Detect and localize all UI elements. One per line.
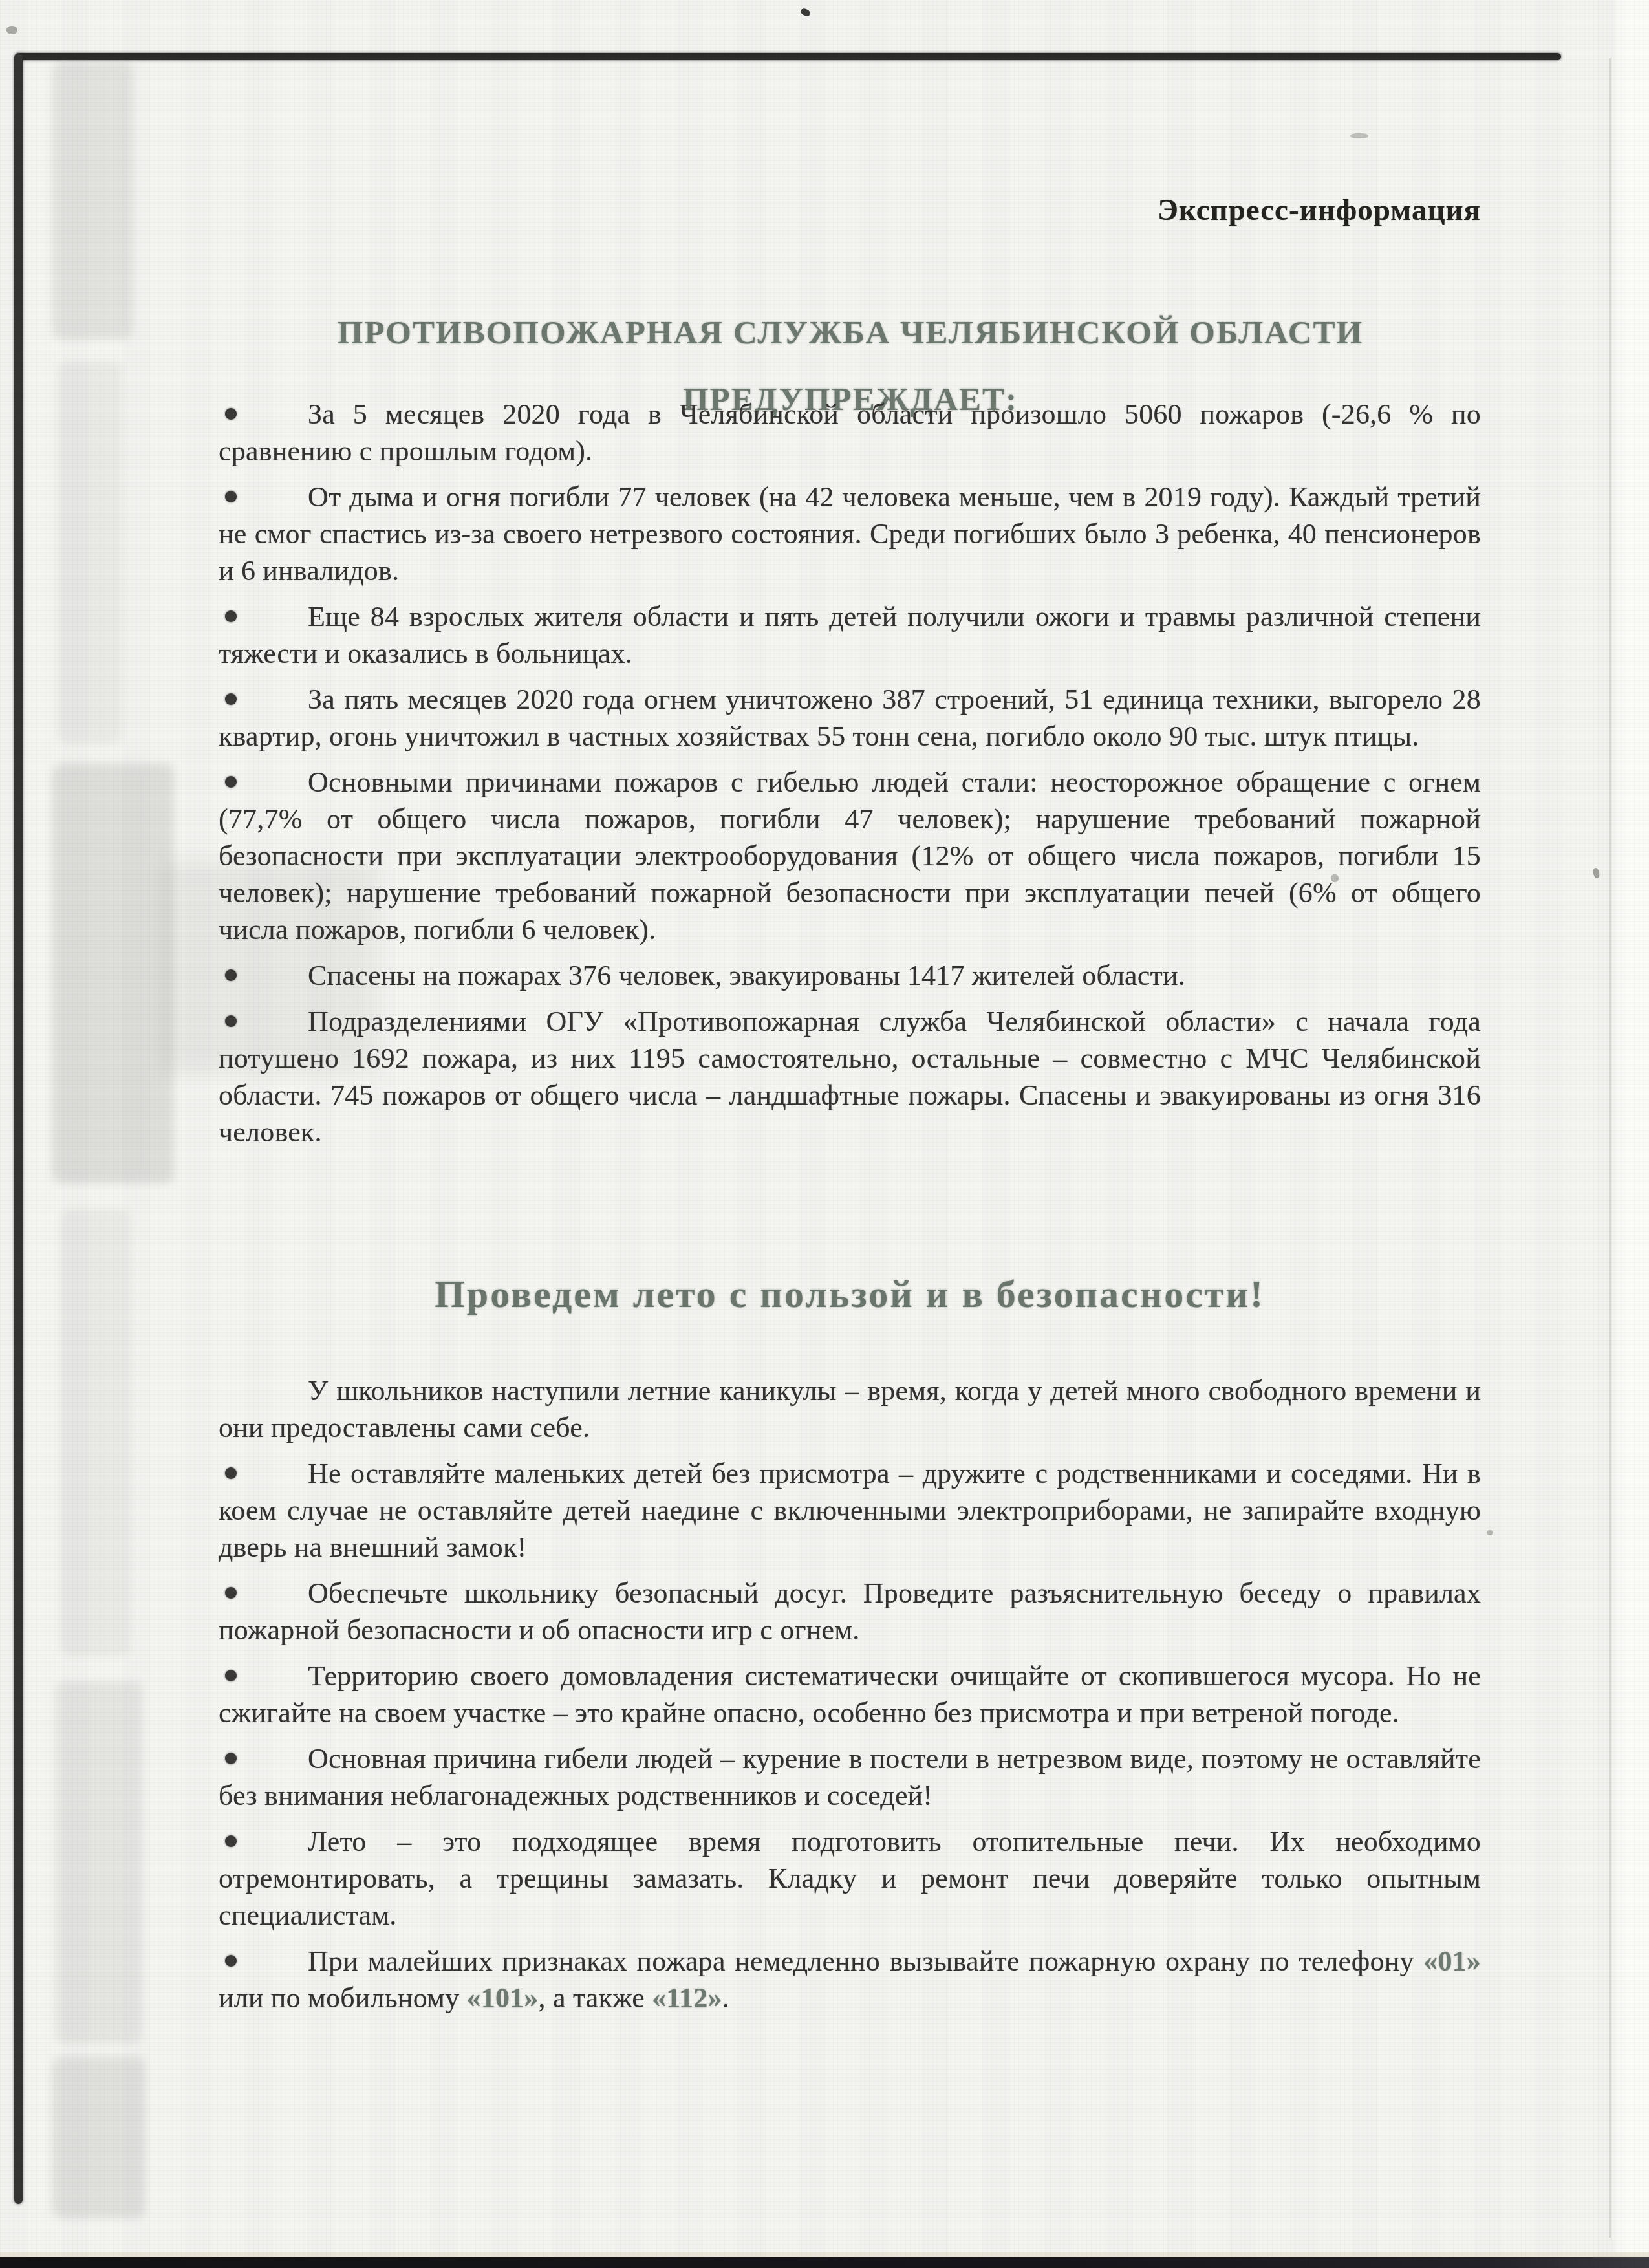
- scan-right-margin: [1615, 0, 1649, 2268]
- list-item: За пять месяцев 2020 года огнем уничтоже…: [219, 681, 1481, 755]
- phone-number-112: «112»: [652, 1982, 722, 2014]
- photocopy-streak: [58, 362, 123, 744]
- intro-paragraph: У школьников наступили летние каникулы –…: [219, 1372, 1481, 1446]
- list-item: Территорию своего домовладения системати…: [219, 1658, 1481, 1731]
- section-heading: Проведем лето с пользой и в безопасности…: [219, 1270, 1481, 1318]
- scanned-document-page: { "page": { "header": "Экспресс-информац…: [0, 0, 1649, 2268]
- emergency-text-mid2: , а также: [539, 1982, 652, 2014]
- emergency-numbers-item: При малейших признаках пожара немедленно…: [219, 1943, 1481, 2016]
- photocopy-streak: [57, 1681, 141, 2044]
- list-item: За 5 месяцев 2020 года в Челябинской обл…: [219, 396, 1481, 470]
- list-item: От дыма и огня погибли 77 человек (на 42…: [219, 479, 1481, 589]
- page-right-edge-line: [1609, 58, 1611, 2238]
- fire-statistics-list: За 5 месяцев 2020 года в Челябинской обл…: [219, 396, 1481, 1150]
- emergency-text-suffix: .: [722, 1982, 729, 2014]
- scan-left-border-line: [14, 53, 23, 2204]
- scan-bottom-light-line: [0, 2252, 1649, 2257]
- scan-speck: [6, 26, 17, 34]
- list-item: Лето – это подходящее время подготовить …: [219, 1823, 1481, 1934]
- list-item: Не оставляйте маленьких детей без присмо…: [219, 1455, 1481, 1566]
- document-title-line1: ПРОТИВОПОЖАРНАЯ СЛУЖБА ЧЕЛЯБИНСКОЙ ОБЛАС…: [220, 300, 1481, 367]
- list-item: Спасены на пожарах 376 человек, эвакуиро…: [219, 957, 1481, 994]
- photocopy-streak: [54, 61, 131, 340]
- safety-advice-list: Не оставляйте маленьких детей без присмо…: [219, 1455, 1481, 2016]
- scan-bottom-dark-band: [0, 2257, 1649, 2268]
- phone-number-01: «01»: [1423, 1945, 1481, 1977]
- scan-speck: [1350, 133, 1368, 138]
- list-item: Еще 84 взрослых жителя области и пять де…: [219, 598, 1481, 672]
- phone-number-101: «101»: [467, 1982, 539, 2014]
- emergency-text-prefix: При малейших признаках пожара немедленно…: [308, 1945, 1423, 1977]
- photocopy-streak: [61, 1209, 129, 1656]
- document-body: За 5 месяцев 2020 года в Челябинской обл…: [219, 396, 1481, 2025]
- photocopy-streak: [54, 2057, 144, 2218]
- scan-top-border-line: [17, 53, 1561, 60]
- list-item: Обеспечьте школьнику безопасный досуг. П…: [219, 1575, 1481, 1648]
- list-item: Основными причинами пожаров с гибелью лю…: [219, 764, 1481, 948]
- photocopy-streak: [54, 763, 173, 1183]
- list-item: Подразделениями ОГУ «Противопожарная слу…: [219, 1003, 1481, 1150]
- list-item: Основная причина гибели людей – курение …: [219, 1740, 1481, 1814]
- document-type-label: Экспресс-информация: [220, 193, 1481, 228]
- emergency-text-mid1: или по мобильному: [219, 1982, 467, 2014]
- scan-speck: [1487, 1530, 1493, 1535]
